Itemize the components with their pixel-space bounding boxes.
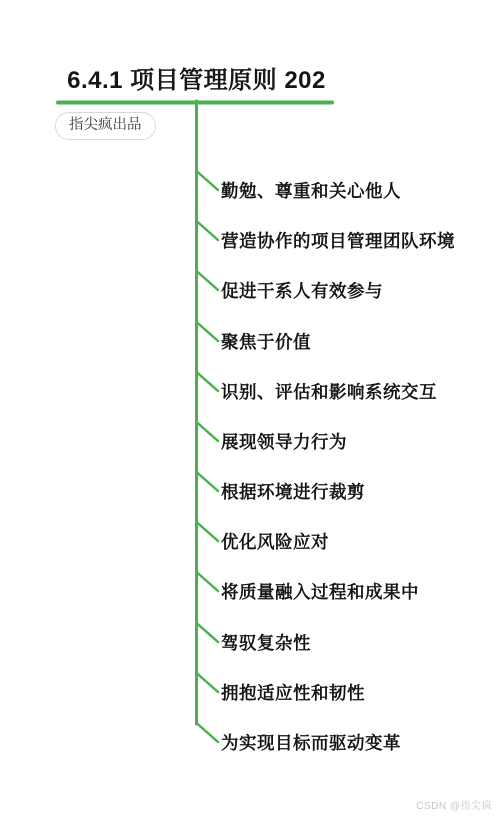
principle-node-label: 营造协作的项目管理团队环境: [221, 229, 455, 253]
principle-node-label: 将质量融入过程和成果中: [221, 580, 419, 604]
branch-line: [197, 723, 219, 742]
branch-line: [197, 572, 219, 591]
principle-node-label: 根据环境进行裁剪: [221, 480, 365, 504]
branch-line: [197, 522, 219, 541]
mindmap-title: 6.4.1 项目管理原则 202: [0, 60, 393, 95]
principle-node-label: 展现领导力行为: [221, 430, 347, 454]
principle-node-label: 促进干系人有效参与: [221, 279, 383, 303]
principle-node-label: 为实现目标而驱动变革: [221, 731, 401, 755]
mindmap-canvas: 6.4.1 项目管理原则 202 指尖疯出品 勤勉、尊重和关心他人营造协作的项目…: [0, 0, 499, 820]
branch-line: [197, 472, 219, 491]
branch-line: [197, 271, 219, 290]
branch-line: [197, 322, 219, 341]
principle-node-label: 识别、评估和影响系统交互: [221, 380, 437, 404]
principle-node-label: 驾驭复杂性: [221, 631, 311, 655]
principle-node-label: 聚焦于价值: [221, 330, 311, 354]
principle-node-label: 优化风险应对: [221, 530, 329, 554]
branch-line: [197, 422, 219, 441]
branch-line: [197, 623, 219, 642]
watermark-text: CSDN @指尖疯: [416, 797, 492, 812]
branch-line: [197, 673, 219, 692]
branch-line: [197, 171, 219, 190]
author-badge: 指尖疯出品: [55, 112, 156, 140]
principle-node-label: 勤勉、尊重和关心他人: [221, 179, 401, 203]
branch-line: [197, 372, 219, 391]
branch-line: [197, 221, 219, 240]
principle-node-label: 拥抱适应性和韧性: [221, 681, 365, 705]
